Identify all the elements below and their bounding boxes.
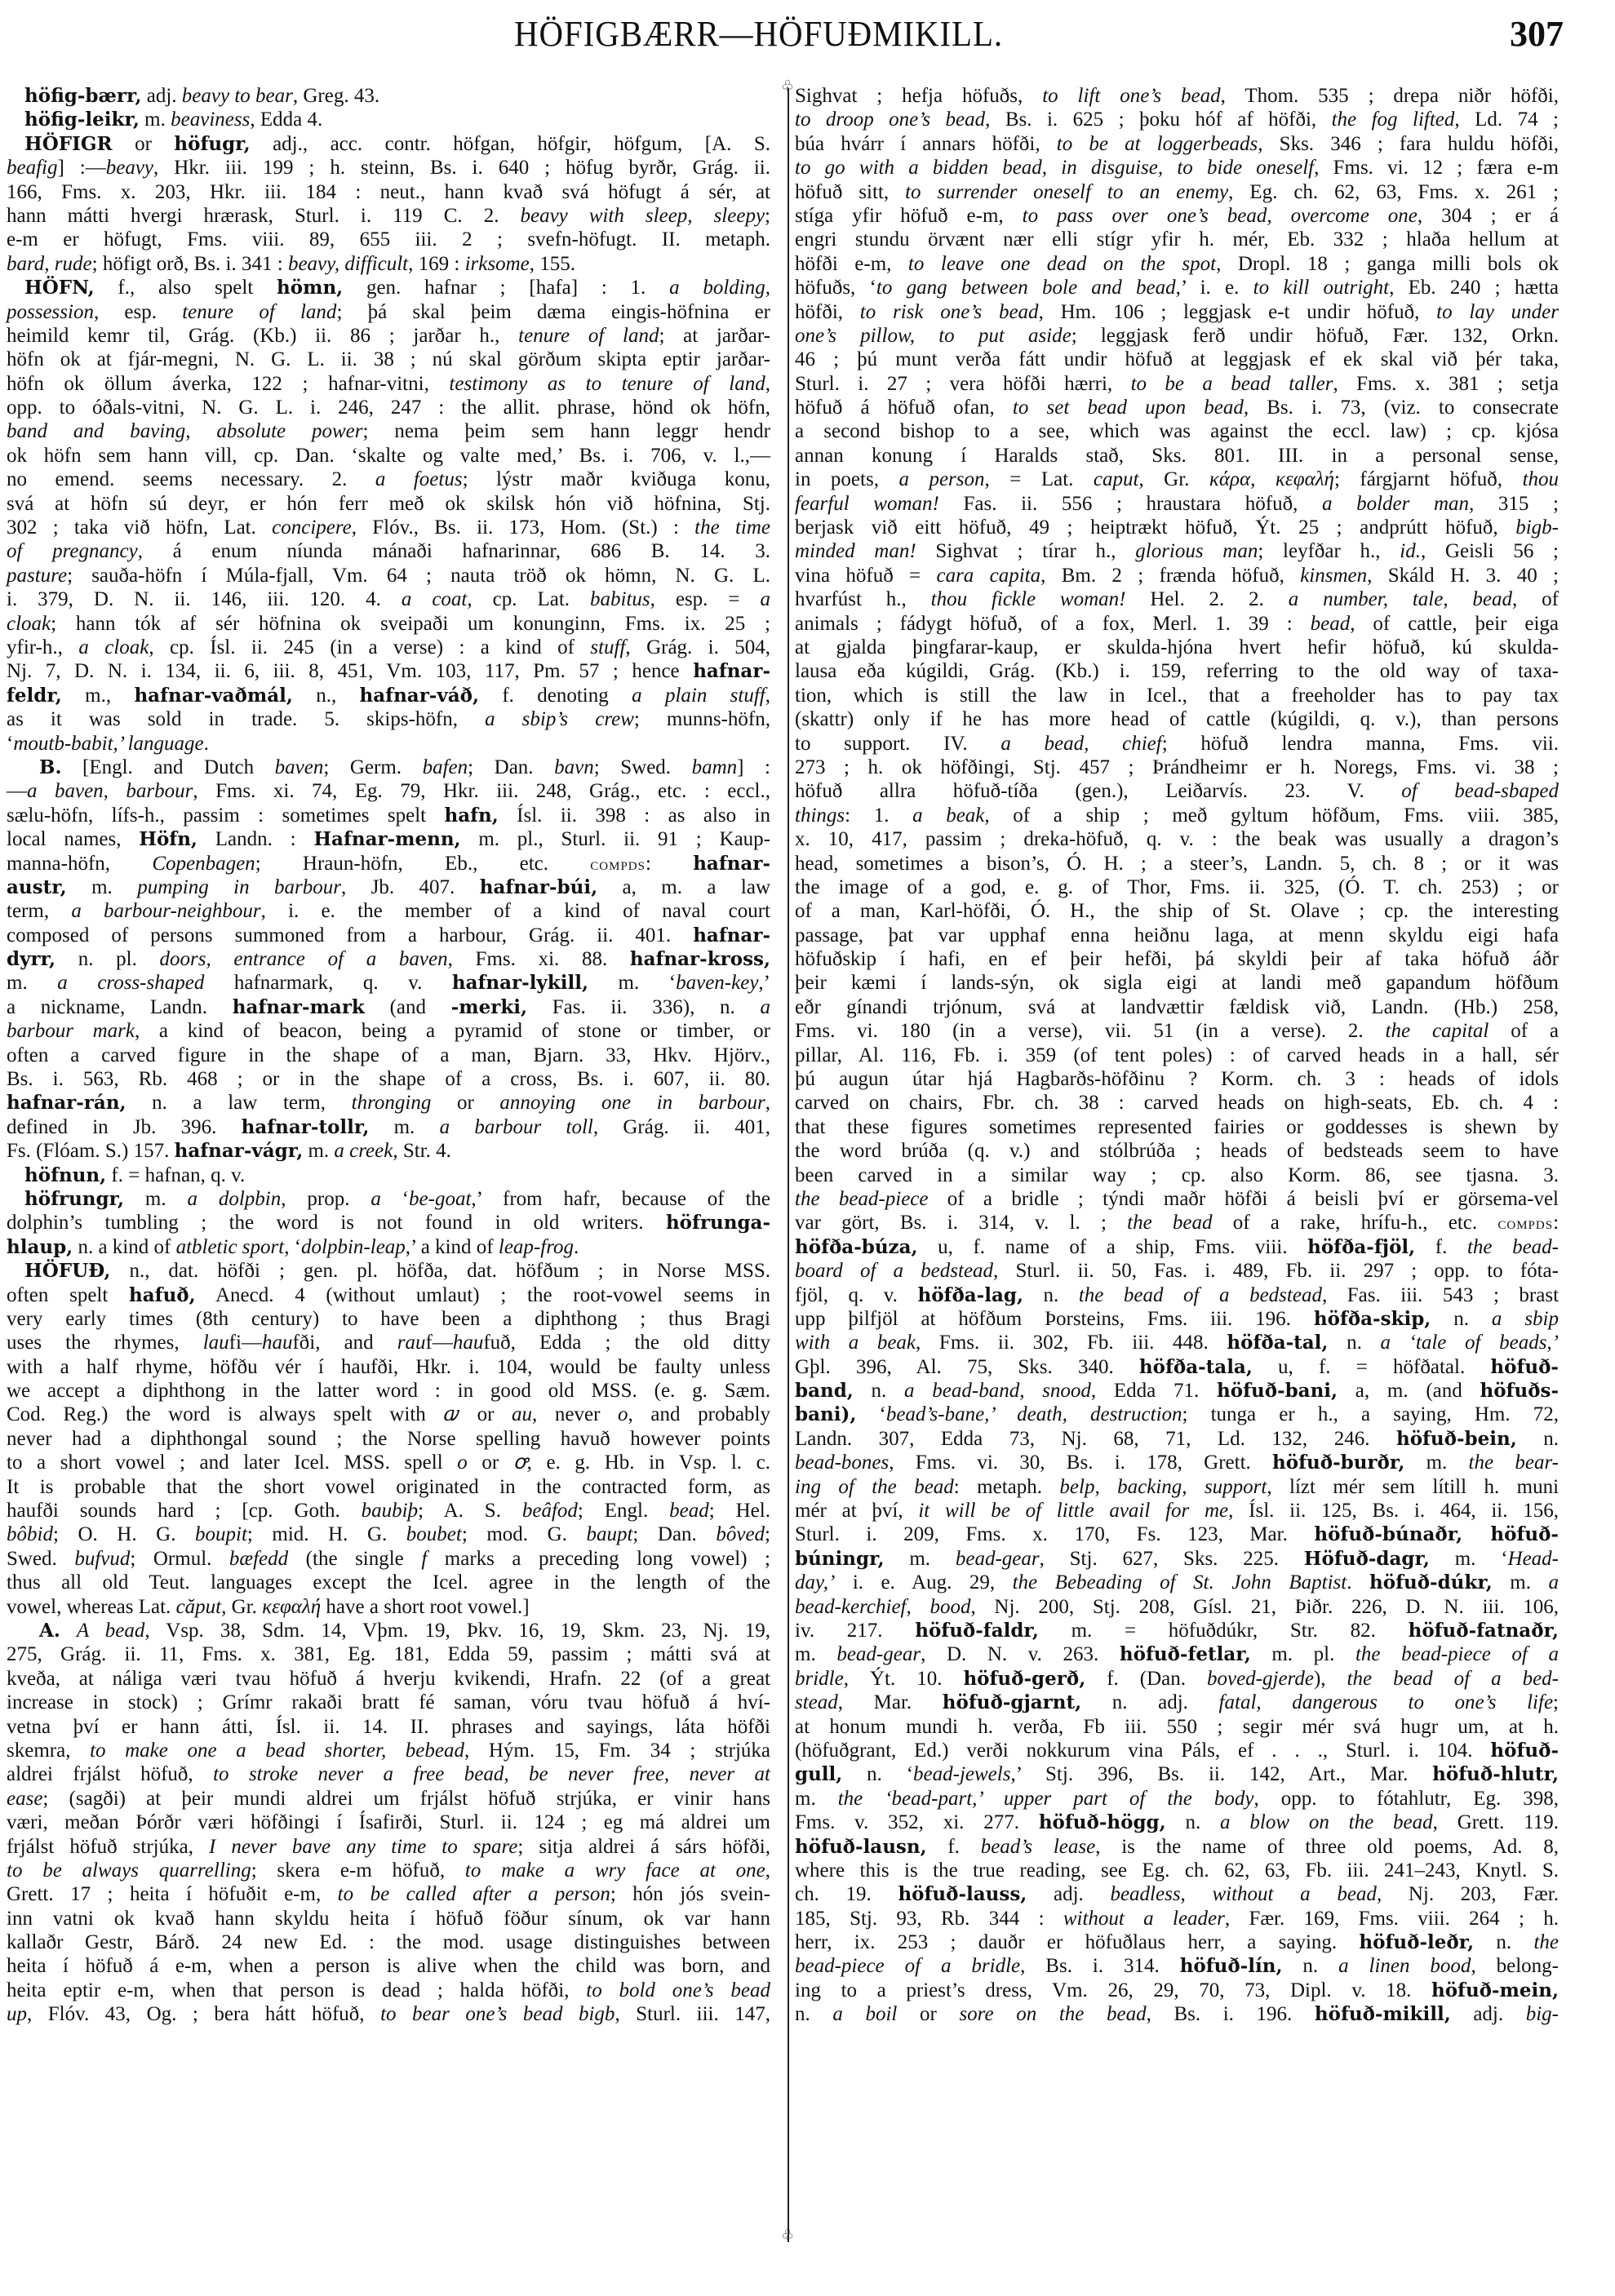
text-run: Fms. v. 352, xi. 277. — [795, 1811, 1039, 1833]
text-run: , á enum níunda mánaði hafnarinnar, 686 … — [138, 540, 770, 562]
italic-gloss: a — [761, 996, 771, 1018]
italic-gloss: ease — [7, 1788, 42, 1810]
text-run: hann mátti hvergi hrærask, Sturl. i. 119… — [7, 205, 520, 227]
headword: hafn, — [445, 804, 499, 827]
dictionary-line: often spelt hafuð, Anecd. 4 (without uml… — [7, 1283, 770, 1307]
text-run: m. — [1404, 1452, 1468, 1474]
text-run: a, m. (and — [1338, 1380, 1480, 1402]
italic-gloss: to bear one’s bead bigb — [380, 2003, 614, 2025]
dictionary-line: with a half rhyme, höfðu vér í haufði, H… — [7, 1355, 770, 1379]
text-run: n. — [1431, 1308, 1492, 1330]
dictionary-line: to a short vowel ; and later Icel. MSS. … — [7, 1451, 770, 1474]
italic-gloss: the time — [694, 516, 770, 539]
dictionary-line: höfuðskip í hafi, en ef þeir hefði, þá s… — [795, 947, 1559, 971]
italic-gloss: beavy — [106, 157, 153, 179]
dictionary-line: passage, þat var upphaf enna heiðnu laga… — [795, 924, 1559, 947]
headword: B. — [39, 756, 61, 778]
text-run: , Nj. 200, Stj. 208, Gísl. 21, Þiðr. 226… — [970, 1596, 1559, 1618]
italic-gloss: bead-jewels — [913, 1763, 1010, 1785]
text-run: where this is the true reading, see Eg. … — [795, 1859, 1559, 1882]
text-run: fjöl, q. v. — [795, 1284, 917, 1306]
italic-gloss: pasture — [7, 565, 67, 587]
text-run: n. — [1166, 1811, 1220, 1833]
italic-gloss: to kill outright — [1253, 277, 1389, 299]
text-run: , Edda 71. — [1091, 1380, 1217, 1402]
text-run: adj. — [142, 85, 182, 107]
dictionary-line: head, sometimes a bison’s, Ó. H. ; a ste… — [795, 852, 1559, 875]
dictionary-line: skemra, to make one a bead shorter, bebe… — [7, 1739, 770, 1762]
headword: höfuð-lín, — [1180, 1955, 1283, 1977]
dictionary-line: austr, m. pumping in barbour, Jb. 407. h… — [7, 875, 770, 899]
dictionary-line: cloak; hann tók af sér höfnina ok sveipa… — [7, 612, 770, 636]
text-run: , 315 ; — [1469, 493, 1559, 515]
text-run: ; mid. H. G. — [247, 1523, 406, 1545]
dictionary-line: minded man! Sighvat ; tírar h., glorious… — [795, 539, 1559, 563]
italic-gloss: to surrender oneself to an enemy — [905, 181, 1228, 203]
text-run: inn vatni ok kvað hann skyldu heita í hö… — [7, 1908, 770, 1930]
dictionary-line: Bs. i. 563, Rb. 468 ; or in the shape of… — [7, 1067, 770, 1091]
italic-gloss: day,’ — [795, 1571, 835, 1593]
dictionary-line: pillar, Al. 116, Fb. i. 359 (of tent pol… — [795, 1044, 1559, 1067]
text-run: Fas. ii. 336), n. — [527, 996, 760, 1018]
dictionary-line: a nickname, Landn. hafnar-mark (and -mer… — [7, 995, 770, 1019]
dictionary-line: —a baven, barbour, Fms. xi. 74, Eg. 79, … — [7, 779, 770, 803]
italic-gloss: testimony as to tenure of land — [449, 373, 765, 395]
headword: höfða-búza, — [795, 1236, 918, 1258]
text-run: m. — [7, 972, 57, 994]
text-run: very early times (8th century) to have b… — [7, 1308, 770, 1330]
text-run: Gþl. 396, Al. 75, Sks. 340. — [795, 1356, 1139, 1378]
headword: Höfuð-dagr, — [1304, 1548, 1430, 1570]
italic-gloss: concipere — [272, 516, 352, 539]
text-run: defined in Jb. 396. — [7, 1116, 242, 1138]
italic-gloss: bafen — [423, 756, 468, 778]
text-run: , Edda 4. — [250, 109, 322, 131]
text-run: , Fas. iii. 543 ; brast — [1322, 1284, 1559, 1306]
text-run: at gjalda þingfarar-kaup, er skulda-hjón… — [795, 636, 1559, 658]
text-run: , Eb. 240 ; hætta — [1389, 277, 1559, 299]
dictionary-line: bead-bones, Fms. vi. 30, Bs. i. 178, Gre… — [795, 1451, 1559, 1474]
text-run: i. e. Aug. 29, — [835, 1571, 1012, 1593]
dictionary-line: fjöl, q. v. höfða-lag, n. the bead of a … — [795, 1283, 1559, 1307]
text-run: berjask við eitt höfuð, 49 ; heiptrækt h… — [795, 516, 1515, 539]
headword: höfugr, — [174, 133, 250, 155]
text-run: hvarfúst h., — [795, 588, 931, 610]
text-run: passage, þat var upphaf enna heiðnu laga… — [795, 924, 1559, 946]
dictionary-line: been carved in a similar way ; cp. also … — [795, 1164, 1559, 1187]
italic-gloss: to set bead upon bead — [1013, 397, 1244, 419]
italic-gloss: the bead-piece of a — [1355, 1643, 1559, 1665]
italic-gloss: to droop one’s bead — [795, 109, 985, 131]
italic-gloss: of pregnancy — [7, 540, 138, 562]
italic-gloss: bead — [1311, 613, 1351, 635]
text-run: dolphin’s tumbling ; the word is not fou… — [7, 1212, 666, 1234]
text-run: ; tunga er h., a saying, Hm. 72, — [1182, 1403, 1559, 1425]
italic-gloss: rau — [397, 1332, 426, 1354]
text-run: adj. — [1451, 2003, 1526, 2025]
dictionary-line: Gþl. 396, Al. 75, Sks. 340. höfða-tala, … — [795, 1355, 1559, 1379]
italic-gloss: without a leader — [1063, 1908, 1225, 1930]
text-run: n. — [795, 2003, 832, 2025]
headword: HÖFUÐ, — [24, 1260, 110, 1282]
text-run: , — [765, 373, 770, 395]
text-run: Sturl. i. 209, Fms. x. 170, Fs. 123, Mar… — [795, 1523, 1314, 1545]
text-run: ,’ Stj. 396, Bs. ii. 142, Art., Mar. — [1010, 1763, 1432, 1785]
text-run: m. — [67, 876, 138, 898]
text-run: yfir-h., — [7, 636, 78, 658]
right-column: Sighvat ; hefja höfuðs, to lift one’s be… — [795, 84, 1559, 2027]
headword: höfuð-hlutr, — [1432, 1763, 1559, 1785]
italic-gloss: a dolpbin — [188, 1188, 282, 1210]
italic-gloss: a cloak — [78, 636, 149, 658]
italic-gloss: possession — [7, 301, 94, 323]
text-run: or — [468, 1452, 513, 1474]
italic-gloss: to make a wry face at one — [465, 1859, 765, 1882]
text-run: ; at jarðar- — [659, 325, 770, 347]
dictionary-line: ch. 19. höfuð-lauss, adj. beadless, with… — [795, 1882, 1559, 1906]
italic-gloss: ing of the bead — [795, 1476, 954, 1498]
italic-gloss: bead-gear — [956, 1548, 1040, 1570]
italic-gloss: a bolding, — [669, 277, 770, 299]
text-run: n. — [1282, 1955, 1338, 1977]
dictionary-line: bani), ‘bead’s-bane,’ death, destruction… — [795, 1403, 1559, 1426]
dictionary-line: Sighvat ; hefja höfuðs, to lift one’s be… — [795, 84, 1559, 108]
italic-gloss: Head- — [1508, 1548, 1559, 1570]
text-run: höfuð sitt, — [795, 181, 905, 203]
italic-gloss: tenure of land — [518, 325, 659, 347]
dictionary-line: höfnun, f. = hafnan, q. v. — [7, 1164, 770, 1187]
italic-gloss: the — [1533, 1931, 1559, 1953]
headword: hafnar-lykill, — [452, 972, 588, 994]
dictionary-line: very early times (8th century) to have b… — [7, 1307, 770, 1331]
text-run: , Dropl. 18 ; ganga milli bols ok — [1216, 253, 1559, 275]
italic-gloss: bavn — [554, 756, 594, 778]
dictionary-line: vina höfuð = cara capita, Bm. 2 ; frænda… — [795, 564, 1559, 587]
text-run: ; lýstr maðr kviðuga konu, — [463, 468, 770, 490]
italic-gloss: beaviness — [171, 109, 250, 131]
headword: höfuð-leðr, — [1359, 1931, 1474, 1953]
text-run: , Greg. 43. — [293, 85, 379, 107]
text-run: Grett. 17 ; heita í höfuðit e-m, — [7, 1883, 338, 1905]
text-run: f. denoting — [479, 685, 632, 707]
dictionary-line: (skattr) only if he has more head of cat… — [795, 707, 1559, 731]
italic-gloss: the bead of a bedstead — [1079, 1284, 1322, 1306]
dictionary-line: band, n. a bead-band, snood, Edda 71. hö… — [795, 1379, 1559, 1403]
text-run: f. — [927, 1836, 981, 1858]
headword: hafnar-vaðmál, — [134, 685, 292, 707]
text-run: or — [459, 1403, 512, 1425]
dictionary-line: day,’ i. e. Aug. 29, the Bebeading of St… — [795, 1571, 1559, 1594]
headword: HÖFIGR — [24, 133, 113, 155]
text-run: höfn ok at fjár-megni, N. G. L. ii. 38 ;… — [7, 348, 770, 370]
text-run: Sighvat ; hefja höfuðs, — [795, 85, 1042, 107]
text-run: f— — [426, 1332, 453, 1354]
text-run: ; O. H. G. — [53, 1523, 195, 1545]
text-run: heita í höfuð á e-m, when a person is al… — [7, 1955, 770, 1977]
dictionary-line: ing of the bead: metaph. belp, backing, … — [795, 1475, 1559, 1499]
dictionary-line: hafnar-rán, n. a law term, thronging or … — [7, 1091, 770, 1115]
italic-gloss: board of a bedstead — [795, 1260, 993, 1282]
dictionary-line: A. A bead, Vsp. 38, Sdm. 14, Vþm. 19, Þk… — [7, 1619, 770, 1642]
text-run: , ‘ — [284, 1236, 301, 1258]
text-run: ] :— — [58, 157, 106, 179]
italic-gloss: caput — [1094, 468, 1139, 490]
text-run: f., also spelt — [95, 277, 277, 299]
italic-gloss: be-goat — [409, 1188, 471, 1210]
headword: höfuð-bani, — [1217, 1380, 1338, 1402]
italic-gloss: o — [618, 1403, 628, 1425]
text-run: , a kind of beacon, being a pyramid of s… — [135, 1020, 770, 1042]
dictionary-line: 46 ; þú munt verða fátt undir höfuð at l… — [795, 348, 1559, 371]
text-run: ; Swed. — [594, 756, 692, 778]
italic-gloss: a — [370, 1188, 381, 1210]
dictionary-line: búningr, m. bead-gear, Stj. 627, Sks. 22… — [795, 1547, 1559, 1571]
dictionary-line: animals ; fádygt höfuð, of a fox, Merl. … — [795, 612, 1559, 636]
dictionary-line: never had a diphthongal sound ; the Nors… — [7, 1427, 770, 1451]
italic-gloss: thou — [1523, 468, 1559, 490]
italic-gloss: I never bave any time to spare — [209, 1836, 517, 1858]
text-run: búa hvárr í annars höfði, — [795, 133, 1057, 155]
dictionary-line: stead, Mar. höfuð-gjarnt, n. adj. fatal,… — [795, 1691, 1559, 1714]
text-run: Hel. 2. 2. — [1125, 588, 1288, 610]
text-run: in poets, — [795, 468, 898, 490]
text-run: f. — [1415, 1236, 1467, 1258]
text-run: u, f. = höfðatal. — [1253, 1356, 1491, 1378]
dictionary-line: the image of a god, e. g. of Thor, Fms. … — [795, 875, 1559, 899]
text-run: mér at því, — [795, 1500, 918, 1522]
headword: hafnar-váð, — [360, 685, 479, 707]
text-run: : 1. — [845, 804, 912, 827]
dictionary-line: often a carved figure in the shape of a … — [7, 1044, 770, 1067]
text-run: m. ‘ — [588, 972, 676, 994]
headword: band, — [795, 1380, 854, 1402]
text-run: term, — [7, 900, 71, 922]
text-run: i. 379, D. N. ii. 146, iii. 120. 4. — [7, 588, 402, 610]
italic-gloss: baven — [275, 756, 324, 778]
italic-gloss: a blow on the bead — [1220, 1811, 1433, 1833]
text-run: þeir kæmi í lands-sýn, ok sigla eigi at … — [795, 972, 1559, 994]
dictionary-line: that these figures sometimes represented… — [795, 1115, 1559, 1139]
text-run: (höfuðgrant, Ed.) verði nokkurum vina Pá… — [795, 1740, 1490, 1762]
italic-gloss: to leave one dead on the spot — [908, 253, 1216, 275]
italic-gloss: stuff — [590, 636, 625, 658]
dictionary-line: term, a barbour-neighbour, i. e. the mem… — [7, 899, 770, 923]
text-run: m. = höfuðdúkr, Str. 82. — [1039, 1620, 1409, 1642]
text-run: gen. hafnar ; [hafa] : 1. — [343, 277, 669, 299]
text-run: ; leyfðar h., — [1258, 540, 1400, 562]
text-run: , Mar. — [838, 1691, 943, 1713]
italic-gloss: doors, entrance of a baven — [160, 948, 448, 970]
dictionary-line: beafig] :—beavy, Hkr. iii. 199 ; h. stei… — [7, 156, 770, 180]
italic-gloss: bôbid — [7, 1523, 53, 1545]
headword: hafuð, — [129, 1284, 196, 1306]
text-run: Anecd. 4 (without umlaut) ; the root-vow… — [196, 1284, 770, 1306]
italic-gloss: sore on the bead — [959, 2003, 1146, 2025]
text-run: , and probably — [628, 1403, 770, 1425]
italic-gloss: things — [795, 804, 845, 827]
dictionary-line: ‘moutb-babit,’ language. — [7, 732, 770, 756]
dictionary-line: heimild kemr til, Grág. (Kb.) ii. 86 ; j… — [7, 324, 770, 348]
dictionary-line: búa hvárr í annars höfði, to be at logge… — [795, 132, 1559, 156]
text-run: Swed. — [7, 1548, 74, 1570]
text-run: n. — [1517, 1428, 1559, 1450]
dictionary-line: barbour mark, a kind of beacon, being a … — [7, 1019, 770, 1043]
italic-gloss: the bead- — [1467, 1236, 1559, 1258]
text-run: 302 ; taka við höfn, Lat. — [7, 516, 272, 539]
text-run: at honum mundi h. verða, Fb iii. 550 ; s… — [795, 1716, 1559, 1738]
text-run: f. = hafnan, q. v. — [106, 1164, 245, 1186]
text-run: , e. g. Hb. in Vsp. l. c. — [527, 1452, 770, 1474]
dictionary-line: svá at höfn sú deyr, er hón ferr með ok … — [7, 492, 770, 516]
text-run: eðr gínandi trjónum, svá at landvættir f… — [795, 996, 1559, 1018]
dictionary-line: haufði sounds hard ; [cp. Goth. baubiþ; … — [7, 1499, 770, 1523]
italic-gloss: the capital — [1386, 1020, 1489, 1042]
italic-gloss: beavy, difficult — [288, 253, 408, 275]
italic-gloss: a person — [898, 468, 984, 490]
text-run: (the single — [288, 1548, 421, 1570]
italic-gloss: bridle — [795, 1668, 844, 1690]
text-run: m., — [62, 685, 135, 707]
text-run: 273 ; h. ok höfðingi, Stj. 457 ; Þrándhe… — [795, 756, 1559, 778]
text-run: , Flóv., Bs. ii. 173, Hom. (St.) : — [352, 516, 694, 539]
dictionary-line: HÖFN, f., also spelt hömn, gen. hafnar ;… — [7, 276, 770, 299]
text-run: svá at höfn sú deyr, er hón ferr með ok … — [7, 493, 770, 515]
italic-gloss: bamn — [692, 756, 738, 778]
text-run: m. — [303, 1140, 334, 1162]
headword: búningr, — [795, 1548, 885, 1570]
headword: bani), — [795, 1403, 856, 1425]
italic-gloss: kinsmen — [1300, 565, 1367, 587]
text-run: , Bs. i. 314. — [1020, 1955, 1180, 1977]
dictionary-line: local names, Höfn, Landn. : Hafnar-menn,… — [7, 827, 770, 851]
italic-gloss: a beak — [912, 804, 984, 827]
headword: höfuð-faldr, — [915, 1620, 1039, 1642]
dictionary-line: with a beak, Fms. ii. 302, Fb. iii. 448.… — [795, 1331, 1559, 1354]
text-run: [Engl. and Dutch — [61, 756, 274, 778]
italic-gloss: to lay under — [1436, 301, 1559, 323]
text-run: Ísl. ii. 398 : as also in — [499, 804, 770, 827]
text-run: . — [1347, 1571, 1369, 1593]
italic-gloss: a sbip’s crew — [485, 708, 634, 730]
dictionary-line: (höfuðgrant, Ed.) verði nokkurum vina Pá… — [795, 1739, 1559, 1762]
text-run: , Str. 4. — [393, 1140, 451, 1162]
italic-gloss: glorious man — [1135, 540, 1258, 562]
dictionary-line: Fs. (Flóam. S.) 157. hafnar-vágr, m. a c… — [7, 1139, 770, 1163]
italic-gloss: bead — [669, 1500, 709, 1522]
italic-gloss: a baven, barbour — [27, 780, 193, 802]
text-run: tion, which is still the law in Icel., t… — [795, 685, 1559, 707]
text-run: , Skáld H. 3. 40 ; — [1367, 565, 1559, 587]
italic-gloss: up — [7, 2003, 27, 2025]
text-run: , Sturl. iii. 147, — [614, 2003, 770, 2025]
headword: hafnar- — [693, 924, 770, 946]
text-run: Sighvat ; tírar h., — [916, 540, 1136, 562]
headword: höfuð-högg, — [1039, 1811, 1166, 1833]
headword: höfuð-fatnaðr, — [1409, 1620, 1559, 1642]
dictionary-line: of a man, Karl-höfði, Ó. H., the ship of… — [795, 899, 1559, 923]
dictionary-line: 302 ; taka við höfn, Lat. concipere, Fló… — [7, 516, 770, 539]
headword: austr, — [7, 876, 67, 898]
text-run: haufði sounds hard ; [cp. Goth. — [7, 1500, 362, 1522]
dictionary-line: HÖFIGR or höfugr, adj., acc. contr. höfg… — [7, 132, 770, 156]
dictionary-line: hlaup, n. a kind of atbletic sport, ‘dol… — [7, 1235, 770, 1259]
text-run: m. — [369, 1116, 439, 1138]
text-run: höfuð allra höfuð-tíða (gen.), Leiðarvís… — [795, 780, 1401, 802]
headword: hafnar- — [693, 853, 770, 875]
dictionary-line: höfuðs, ‘to gang between bole and bead,’… — [795, 276, 1559, 299]
dictionary-line: ok höfn sem hann vill, cp. Dan. ‘skalte … — [7, 444, 770, 468]
dictionary-line: höfða-búza, u, f. name of a ship, Fms. v… — [795, 1235, 1559, 1259]
dictionary-line: board of a bedstead, Sturl. ii. 50, Fas.… — [795, 1259, 1559, 1283]
text-run: , Gr. — [1138, 468, 1209, 490]
text-run: n. a law term, — [126, 1092, 352, 1114]
dictionary-line: bead-piece of a bridle, Bs. i. 314. höfu… — [795, 1954, 1559, 1978]
text-run: n. pl. — [55, 948, 160, 970]
italic-gloss: a sbip — [1492, 1308, 1559, 1330]
text-run: annan konung í Haralds stað, Sks. 801. I… — [795, 445, 1559, 467]
italic-gloss: leap-frog — [499, 1236, 574, 1258]
headword: höfuðs- — [1480, 1380, 1559, 1402]
text-run: , Jb. 407. — [341, 876, 480, 898]
text-run: , — [765, 685, 770, 707]
text-run: ; Dan. — [632, 1523, 716, 1545]
text-run: a second bishop to a see, which was agai… — [795, 420, 1559, 442]
text-run: ; A. S. — [418, 1500, 522, 1522]
dictionary-line: at honum mundi h. verða, Fb iii. 550 ; s… — [795, 1715, 1559, 1739]
italic-gloss: tenure of land — [182, 301, 336, 323]
headword: höfða-tal, — [1227, 1332, 1328, 1354]
text-run: It is probable that the short vowel orig… — [7, 1476, 770, 1498]
text-run: ; Hel. — [709, 1500, 770, 1522]
text-run: , 169 : — [408, 253, 464, 275]
text-run: , Flóv. 43, Og. ; bera hátt höfuð, — [27, 2003, 380, 2025]
italic-gloss: o — [457, 1452, 468, 1474]
text-run: engri stundu örvænt nær elli stígr yfir … — [795, 228, 1559, 250]
text-run: of a rake, hrífu-h., etc. — [1213, 1212, 1498, 1234]
italic-gloss: a linen bood — [1338, 1955, 1471, 1977]
text-run: a, m. a law — [597, 876, 770, 898]
dictionary-line: höfuð-lausn, f. bead’s lease, is the nam… — [795, 1835, 1559, 1859]
text-run: ‘ — [381, 1188, 409, 1210]
italic-gloss: lau — [203, 1332, 229, 1354]
text-run: local names, — [7, 828, 139, 850]
italic-gloss: moutb-babit,’ language — [13, 733, 203, 755]
text-run: ] : — [737, 756, 770, 778]
text-run: , D. N. v. 263. — [921, 1643, 1120, 1665]
dictionary-line: upp þilfjöl at höfðum Þorsteins, Fms. ii… — [795, 1307, 1559, 1331]
text-run: adj., acc. contr. höfgan, höfgir, höfgum… — [251, 133, 770, 155]
italic-gloss: hau — [262, 1332, 293, 1354]
italic-gloss: a boil — [832, 2003, 897, 2025]
text-run: ; — [765, 205, 770, 227]
text-run: head, sometimes a bison’s, Ó. H. ; a ste… — [795, 853, 1559, 875]
dictionary-line: to support. IV. a bead, chief; höfuð len… — [795, 732, 1559, 756]
italic-gloss: bufvud — [74, 1548, 130, 1570]
dictionary-line: hann mátti hvergi hrærask, Sturl. i. 119… — [7, 204, 770, 228]
text-run: n., dat. höfði ; gen. pl. höfða, dat. hö… — [110, 1260, 770, 1282]
dictionary-line: possession, esp. tenure of land; þá skal… — [7, 300, 770, 324]
headword: höfuð- — [1490, 1740, 1559, 1762]
text-run: ; þá skal þeim dæma eingis-höfnina er — [336, 301, 770, 323]
dictionary-line: höfuð allra höfuð-tíða (gen.), Leiðarvís… — [795, 779, 1559, 803]
text-run: , Vsp. 38, Sdm. 14, Vþm. 19, Þkv. 16, 19… — [144, 1620, 770, 1642]
text-run: or — [431, 1092, 499, 1114]
text-run: , of a ship ; með gyltum höfðum, Fms. vi… — [984, 804, 1559, 827]
dictionary-line: composed of persons summoned from a harb… — [7, 924, 770, 947]
text-run: m. — [124, 1188, 187, 1210]
text-run: , Bs. i. 196. — [1147, 2003, 1315, 2025]
text-run: m. pl. — [1251, 1643, 1355, 1665]
